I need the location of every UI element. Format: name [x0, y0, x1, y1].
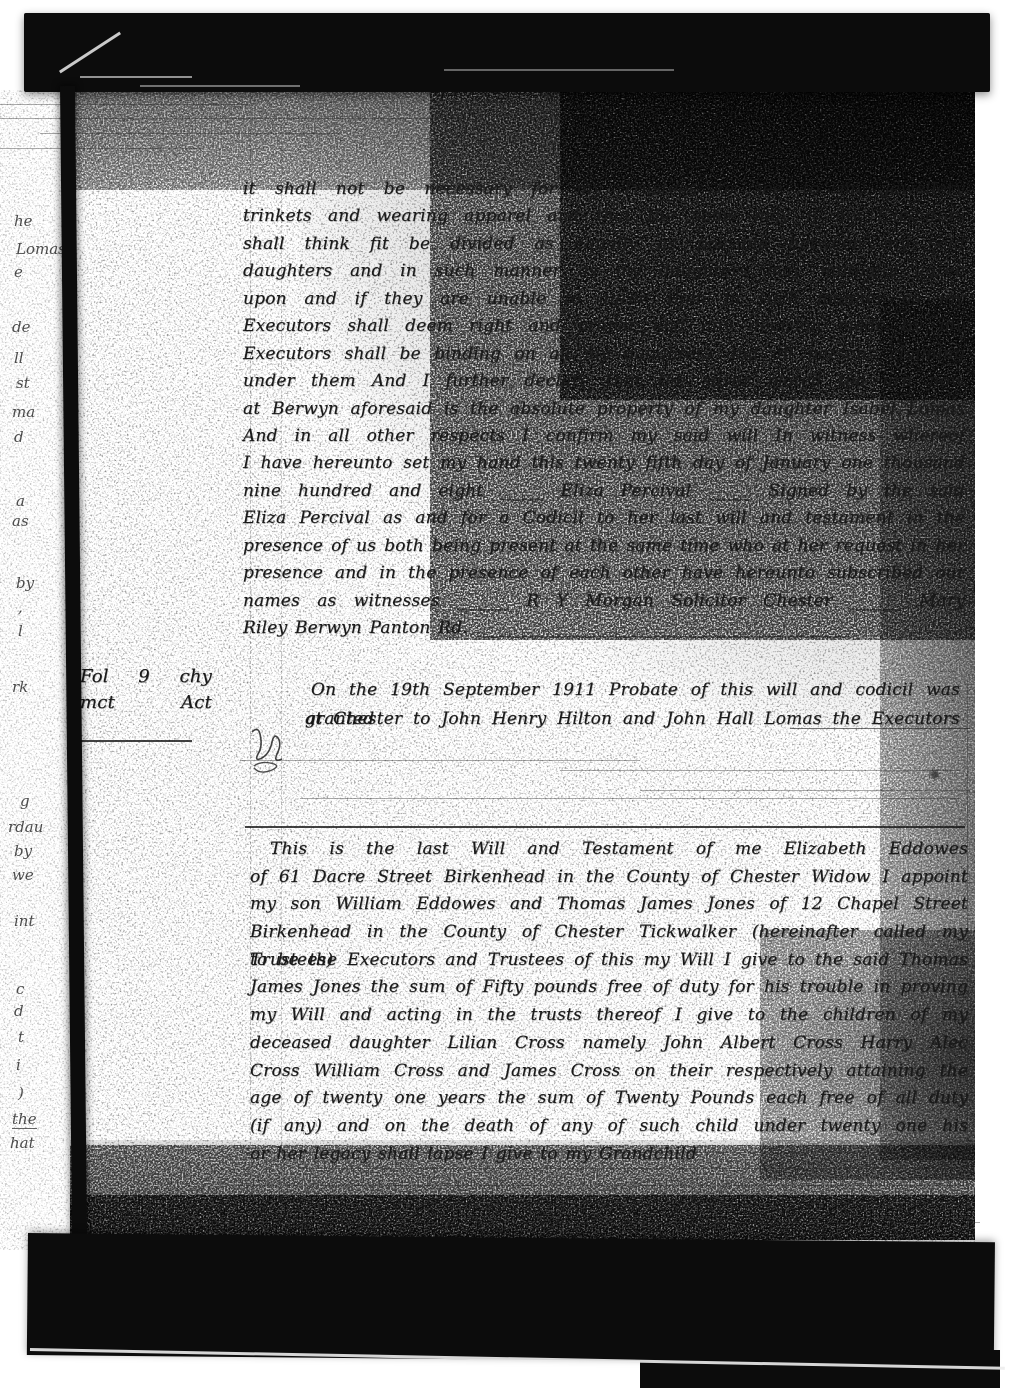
- gutter-text-fragment: i: [16, 1056, 21, 1074]
- ruled-line: [350, 1203, 970, 1204]
- gutter-text-fragment: g: [20, 792, 30, 810]
- gutter-text-fragment: int: [14, 912, 35, 930]
- codicil-paragraph: it shall not be necessary for my Trustee…: [243, 176, 965, 642]
- manuscript-line: daughters and in such manner as my daugh…: [243, 258, 965, 285]
- manuscript-line: Executors shall deem right and proper an…: [243, 313, 965, 340]
- gutter-text-fragment: as: [12, 512, 29, 530]
- margin-annotation-line: Fol 9 chy: [80, 664, 212, 690]
- scan-scratch: [140, 85, 300, 87]
- shading-top-strip: [70, 90, 975, 190]
- gutter-text-fragment: t: [18, 1028, 24, 1046]
- gutter-text-fragment: a: [16, 492, 25, 510]
- manuscript-line: to be the Executors and Trustees of this…: [250, 947, 968, 975]
- manuscript-line: Eliza Percival as and for a Codicil to h…: [243, 505, 965, 532]
- scanner-black-band-bottom-right: [640, 1350, 1000, 1388]
- gutter-text-fragment: the: [12, 1110, 37, 1129]
- scanned-will-page: it shall not be necessary for my Trustee…: [0, 0, 1010, 1390]
- gutter-text-fragment: d: [14, 1002, 24, 1020]
- manuscript-line: under them And I further declare that th…: [243, 368, 965, 395]
- ruled-line: [0, 104, 250, 105]
- ruled-line: [40, 133, 340, 134]
- gutter-text-fragment: Lomas: [16, 240, 66, 258]
- manuscript-line: my son William Eddowes and Thomas James …: [250, 891, 968, 919]
- gutter-text-fragment: st: [16, 374, 30, 392]
- manuscript-line: Birkenhead in the County of Chester Tick…: [250, 919, 968, 947]
- manuscript-line: trinkets and wearing apparel and that th…: [243, 203, 965, 230]
- manuscript-line-witnesses: Riley Berwyn Panton Rd. ________________…: [243, 615, 965, 642]
- margin-underline: [80, 740, 192, 742]
- manuscript-line-will-title: This is the last Will and Testament of m…: [250, 836, 968, 864]
- margin-annotation-line: mct Act: [80, 690, 212, 716]
- ruled-line: [0, 148, 200, 149]
- section-divider-rule: [245, 826, 965, 828]
- gutter-text-fragment: rdau: [8, 818, 43, 836]
- manuscript-line: at Chester to John Henry Hilton and John…: [305, 705, 960, 734]
- manuscript-line: my Will and acting in the trusts thereof…: [250, 1002, 968, 1030]
- manuscript-line: On the 19th September 1911 Probate of th…: [305, 676, 960, 705]
- gutter-text-fragment: ll: [14, 349, 24, 367]
- gutter-text-fragment: e: [14, 263, 23, 281]
- manuscript-line: shall think fit be divided as equally as…: [243, 231, 965, 258]
- ruled-line: [240, 760, 640, 761]
- gutter-text-fragment: we: [12, 866, 34, 884]
- manuscript-line: And in all other respects I confirm my s…: [243, 423, 965, 450]
- margin-annotation: Fol 9 chy mct Act: [80, 664, 212, 716]
- gutter-text-fragment: c: [16, 980, 24, 998]
- manuscript-line: or her legacy shall lapse I give to my G…: [250, 1141, 968, 1169]
- manuscript-line: Executors shall be binding on all my dau…: [243, 341, 965, 368]
- manuscript-line: age of twenty one years the sum of Twent…: [250, 1085, 968, 1113]
- gutter-text-fragment: hat: [10, 1134, 35, 1152]
- scan-scratch: [444, 69, 674, 71]
- ruled-line: [240, 1185, 970, 1186]
- ink-blot: [930, 770, 939, 779]
- gutter-text-fragment: ,: [18, 598, 23, 616]
- manuscript-line: (if any) and on the death of any of such…: [250, 1113, 968, 1141]
- manuscript-line: James Jones the sum of Fifty pounds free…: [250, 974, 968, 1002]
- will-paragraph: This is the last Will and Testament of m…: [250, 836, 968, 1168]
- gutter-text-fragment: l: [18, 622, 23, 640]
- scan-scratch: [59, 32, 121, 74]
- manuscript-line: Cross William Cross and James Cross on t…: [250, 1058, 968, 1086]
- scan-scratch: [80, 76, 192, 78]
- gutter-text-fragment: ): [18, 1084, 24, 1102]
- gutter-text-fragment: rk: [12, 678, 28, 696]
- manuscript-line: I have hereunto set my hand this twenty …: [243, 450, 965, 477]
- manuscript-line: deceased daughter Lilian Cross namely Jo…: [250, 1030, 968, 1058]
- gutter-text-fragment: de: [12, 318, 30, 336]
- manuscript-line-signature: nine hundred and eight _____ Eliza Perci…: [243, 478, 965, 505]
- manuscript-line: presence of us both being present at the…: [243, 533, 965, 560]
- gutter-text-fragment: d: [14, 428, 24, 446]
- probate-grant-note: On the 19th September 1911 Probate of th…: [305, 676, 960, 734]
- ruled-line: [300, 798, 960, 799]
- scanner-black-band-top: [24, 13, 990, 92]
- scanner-black-band-bottom: [27, 1233, 995, 1364]
- gutter-text-fragment: by: [16, 574, 34, 592]
- ruled-line: [560, 770, 960, 771]
- clerk-initials-scribble: [246, 726, 290, 778]
- manuscript-line: upon and if they are unable to agree the…: [243, 286, 965, 313]
- manuscript-line: it shall not be necessary for my Trustee…: [243, 176, 965, 203]
- gutter-text-fragment: ma: [12, 403, 35, 421]
- gutter-text-fragment: by: [14, 842, 32, 860]
- ruled-line: [640, 790, 970, 791]
- manuscript-line: at Berwyn aforesaid is the absolute prop…: [243, 396, 965, 423]
- manuscript-line: of 61 Dacre Street Birkenhead in the Cou…: [250, 864, 968, 892]
- ruled-line: [240, 1222, 980, 1223]
- manuscript-line-witnesses: names as witnesses ______ R Y Morgan Sol…: [243, 588, 965, 615]
- manuscript-line: presence and in the presence of each oth…: [243, 560, 965, 587]
- gutter-text-fragment: he: [14, 212, 33, 230]
